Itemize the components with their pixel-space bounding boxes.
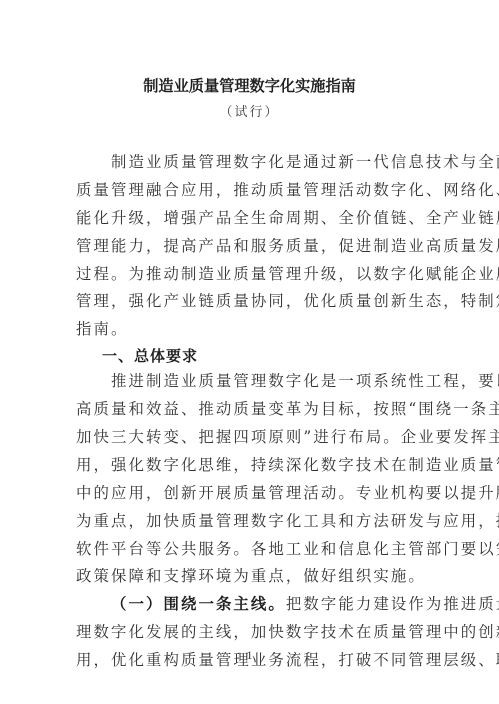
- text-line: 推进制造业质量管理数字化是一项系统性工程，要以提: [76, 368, 426, 396]
- text-line: 管理，强化产业链质量协同，优化质量创新生态，特制定本: [76, 288, 426, 316]
- text-line: 中的应用，创新开展质量管理活动。专业机构要以提升服务: [76, 480, 426, 508]
- document-page: 制造业质量管理数字化实施指南 （试行） 制造业质量管理数字化是通过新一代信息技术…: [0, 0, 499, 704]
- text-line: （一）围绕一条主线。把数字能力建设作为推进质量管: [76, 591, 426, 619]
- text-line: 能化升级，增强产品全生命周期、全价值链、全产业链质量: [76, 205, 426, 233]
- text-span: 把数字能力建设作为推进质量管: [286, 595, 499, 613]
- text-line: 过程。为推动制造业质量管理升级，以数字化赋能企业质量: [76, 261, 426, 289]
- text-line: 高质量和效益、推动质量变革为目标，按照“围绕一条主线、: [76, 396, 426, 424]
- document-subtitle: （试行）: [0, 102, 499, 124]
- text-line: 管理能力，提高产品和服务质量，促进制造业高质量发展的: [76, 233, 426, 261]
- page-number: 1: [0, 648, 499, 663]
- text-line: 软件平台等公共服务。各地工业和信息化主管部门要以完善: [76, 536, 426, 564]
- text-line: 理数字化发展的主线，加快数字技术在质量管理中的创新应: [76, 619, 426, 647]
- section1-paragraph: 推进制造业质量管理数字化是一项系统性工程，要以提 高质量和效益、推动质量变革为目…: [76, 368, 426, 591]
- subsection-heading: （一）围绕一条主线。: [111, 595, 286, 613]
- text-line: 制造业质量管理数字化是通过新一代信息技术与全面: [76, 149, 426, 177]
- document-title: 制造业质量管理数字化实施指南: [0, 74, 499, 98]
- section-heading: 一、总体要求: [76, 344, 426, 368]
- intro-paragraph: 制造业质量管理数字化是通过新一代信息技术与全面 质量管理融合应用，推动质量管理活…: [76, 149, 426, 344]
- text-line: 政策保障和支撑环境为重点，做好组织实施。: [76, 563, 426, 591]
- text-line: 质量管理融合应用，推动质量管理活动数字化、网络化、智: [76, 177, 426, 205]
- text-line: 为重点，加快质量管理数字化工具和方法研发与应用，提供: [76, 508, 426, 536]
- text-line: 用，强化数字化思维，持续深化数字技术在制造业质量管理: [76, 452, 426, 480]
- text-line: 加快三大转变、把握四项原则”进行布局。企业要发挥主体作: [76, 424, 426, 452]
- document-body: 制造业质量管理数字化是通过新一代信息技术与全面 质量管理融合应用，推动质量管理活…: [76, 149, 426, 675]
- text-line: 指南。: [76, 316, 426, 344]
